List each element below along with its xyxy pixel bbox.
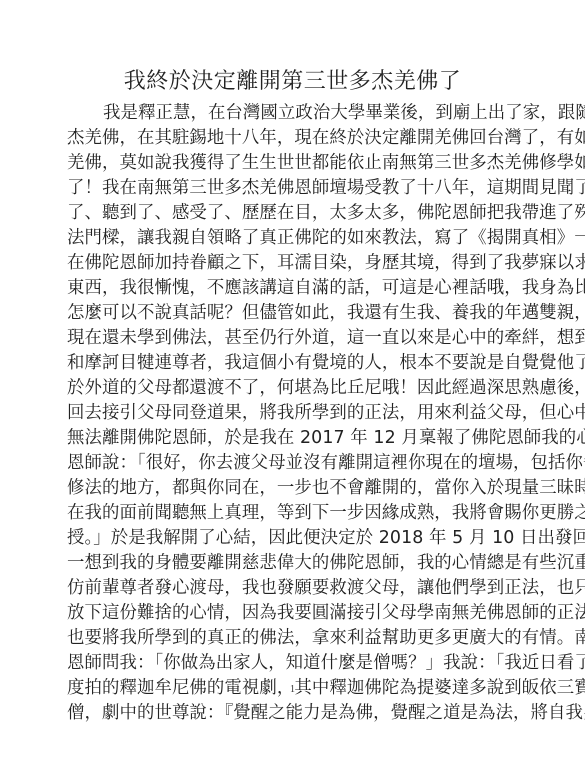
body-paragraph: 我是釋正慧，在台灣國立政治大學畢業後，到廟上出了家，跟隨第三世多 杰羌佛，在其駐… — [67, 101, 522, 726]
text-line: 於外道的父母都還渡不了，何堪為比丘尼哦！因此經過深思熟慮後，想親自 — [67, 376, 522, 401]
text-line: 回去接引父母同登道果，將我所學到的正法，用來利益父母，但心中確實又 — [67, 401, 522, 426]
document-title: 我終於決定離開第三世多杰羌佛了 — [0, 64, 585, 95]
text-line: 東西，我很慚愧，不應該講這自滿的話，可這是心裡話哦，我身為比丘尼， — [67, 276, 522, 301]
text-line: 了、聽到了、感受了、歷歷在目，太多太多，佛陀恩師把我帶進了殊勝的佛 — [67, 201, 522, 226]
text-line: 法門樑，讓我親自領略了真正佛陀的如來教法，寫了《揭開真相》一書，我 — [67, 226, 522, 251]
document-page: 我終於決定離開第三世多杰羌佛了 我是釋正慧，在台灣國立政治大學畢業後，到廟上出了… — [0, 0, 585, 757]
text-line: 僧，劇中的世尊說：『覺醒之能力是為佛，覺醒之道是為法，將自我身心投入 — [67, 701, 522, 726]
text-line: 和摩訶目犍連尊者，我這個小有覺境的人，根本不要說是自覺覺他了，連陷 — [67, 351, 522, 376]
text-line: 現在還未學到佛法，甚至仍行外道，這一直以來是心中的牽絆，想到舍利弗 — [67, 326, 522, 351]
text-line: 放下這份難捨的心情，因為我要圓滿接引父母學南無羌佛恩師的正法，同時 — [67, 601, 522, 626]
text-line: 也要將我所學到的真正的佛法，拿來利益幫助更多更廣大的有情。南無羌佛 — [67, 626, 522, 651]
text-line: 無法離開佛陀恩師，於是我在 2017 年 12 月稟報了佛陀恩師我的心意後，佛陀 — [67, 426, 522, 451]
text-line: 怎麼可以不說真話呢？但儘管如此，我還有生我、養我的年邁雙親，他們到 — [67, 301, 522, 326]
text-line: 仿前輩尊者發心渡母，我也發願要救渡父母，讓他們學到正法，也只得暫時 — [67, 576, 522, 601]
text-line: 在我的面前聞聽無上真理，等到下一步因緣成熟，我將會賜你更勝之法的傳 — [67, 501, 522, 526]
text-line: 恩師說：「很好，你去渡父母並沒有離開這裡你現在的壇場，包括你每天禪坐 — [67, 451, 522, 476]
text-line: 授。」於是我解開了心結，因此便決定於 2018 年 5 月 10 日出發回台灣道… — [67, 526, 522, 551]
text-line: 杰羌佛，在其駐錫地十八年，現在終於決定離開羌佛回台灣了，有如說離開 — [67, 126, 522, 151]
text-line: 修法的地方，都與你同在，一步也不會離開的，當你入於現量三昧時，你就 — [67, 476, 522, 501]
text-line: 在佛陀恩師加持眷顧之下，耳濡目染，身歷其境，得到了我夢寐以求想要的 — [67, 251, 522, 276]
page-number: 1 — [0, 684, 585, 695]
text-line: 恩師問我：「你做為出家人，知道什麼是僧嗎？」我說：「我近日看了一部印 — [67, 651, 522, 676]
text-line: 一想到我的身體要離開慈悲偉大的佛陀恩師，我的心情總是有些沉重，但效 — [67, 551, 522, 576]
text-line: 羌佛，莫如說我獲得了生生世世都能依止南無第三世多杰羌佛修學如來正法 — [67, 151, 522, 176]
text-line: 我是釋正慧，在台灣國立政治大學畢業後，到廟上出了家，跟隨第三世多 — [67, 101, 522, 126]
text-line: 了！我在南無第三世多杰羌佛恩師壇場受教了十八年，這期間見聞了、體驗 — [67, 176, 522, 201]
